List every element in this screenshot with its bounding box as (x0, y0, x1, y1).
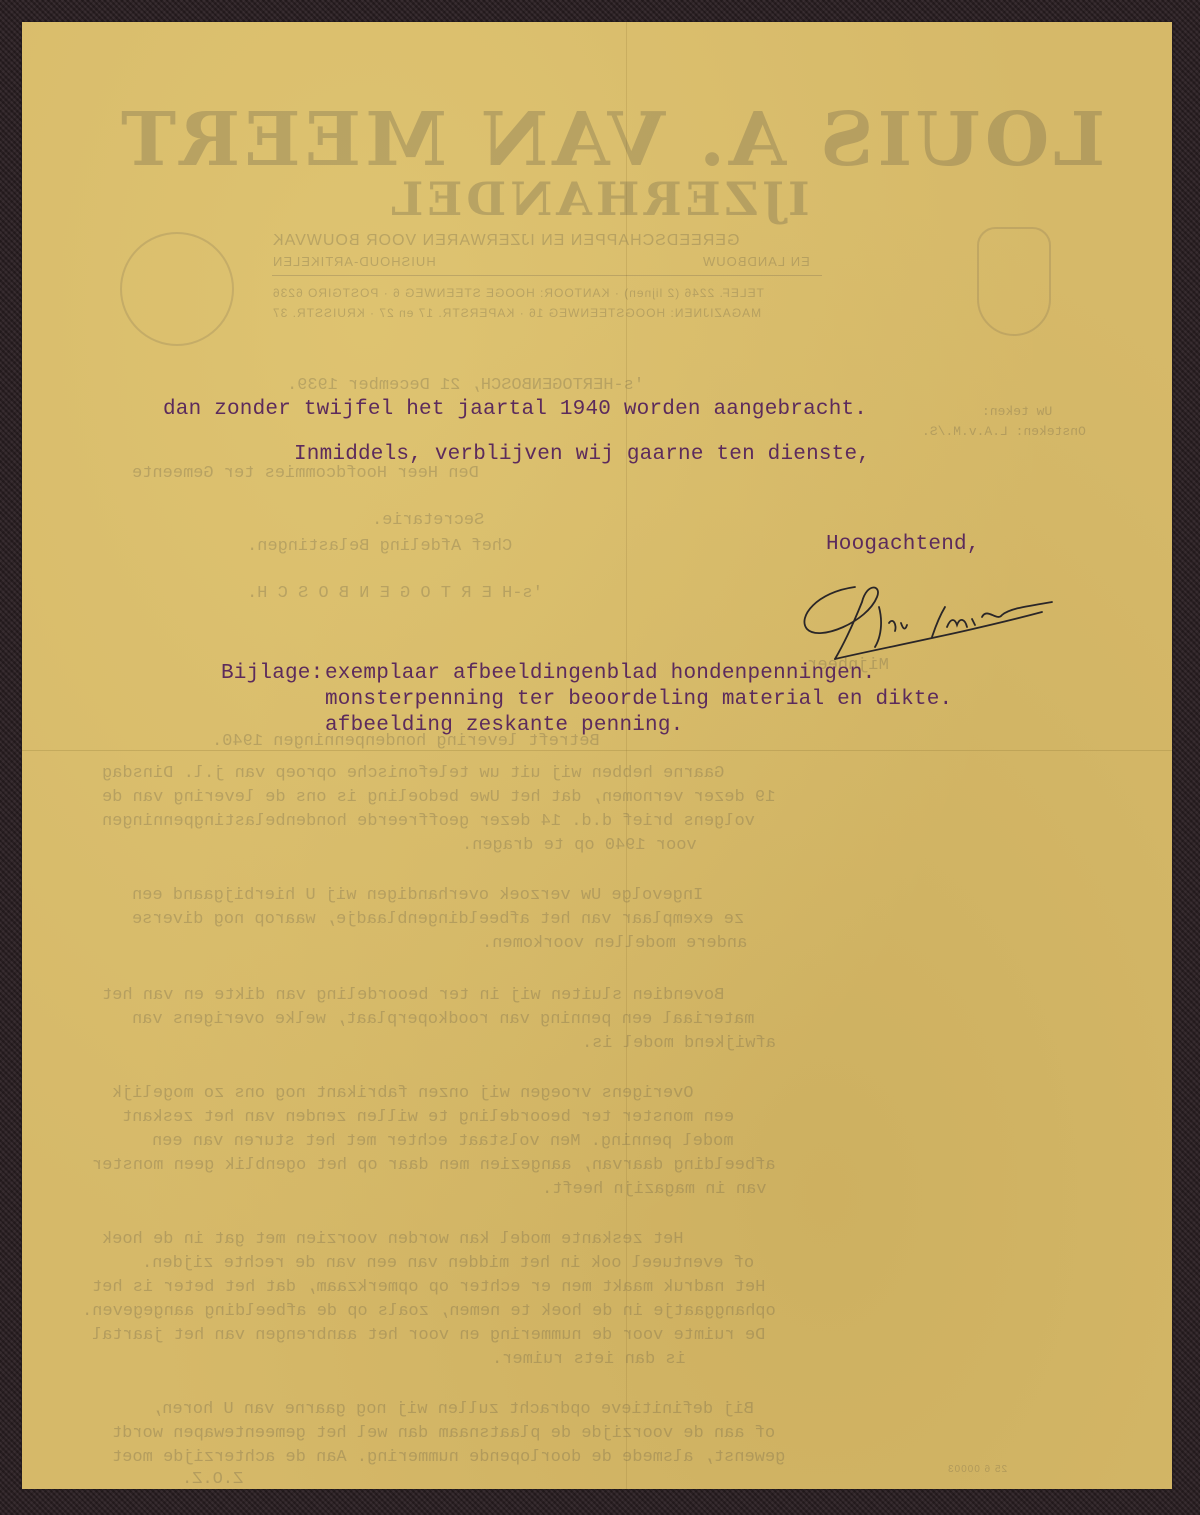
signature-icon (797, 567, 1067, 667)
ghost-para1-l2: 19 dezer vernomen, dat het Uwe bedoeling… (102, 786, 775, 809)
body-continuation-line: dan zonder twijfel het jaartal 1940 word… (163, 398, 867, 421)
enclosure-item-2: monsterpenning ter beoordeling material … (325, 688, 952, 711)
ghost-crest-icon (977, 227, 1051, 336)
ghost-para2-l2: ze exemplaar van het afbeeldingenblaadje… (132, 908, 744, 931)
ghost-para1-l4: voor 1940 op te dragen. (462, 834, 697, 857)
ghost-zoz: Z.O.Z. (182, 1468, 243, 1491)
ghost-para2-l3: andere modellen voorkomen. (482, 932, 747, 955)
closing-line: Inmiddels, verblijven wij gaarne ten die… (294, 443, 870, 466)
ghost-addressee-3: Chef Afdeling Belastingen. (247, 535, 512, 558)
enclosure-label: Bijlage: (221, 662, 323, 685)
ghost-date: 's-HERTOGENBOSCH, 21 December 1939. (287, 374, 644, 397)
ghost-para4-l5: van in magazijn heeft. (542, 1178, 766, 1201)
ghost-para1-l1: Gaarne hebben wij uit uw telefonische op… (102, 762, 724, 785)
ghost-para5-l3: Het nadruk maakt men er echter op opmerk… (92, 1276, 765, 1299)
letter-paper: LOUIS A. VAN MEERT IJZERHANDEL GEREEDSCH… (22, 22, 1172, 1489)
ghost-letterhead-name: LOUIS A. VAN MEERT (117, 97, 1105, 183)
ghost-ons-teken: Onsteken: L.A.v.M./S. (922, 420, 1086, 443)
ghost-para4-l1: Overigens vroegen wij onzen fabrikant no… (112, 1082, 694, 1105)
ghost-emblem-icon (120, 232, 234, 346)
ghost-para6-l2: of aan de voorzijde de plaatsnaam dan we… (112, 1422, 775, 1445)
ghost-letterhead-line3: TELEF. 2246 (2 lijnen) · KANTOOR: HOOGE … (272, 286, 764, 300)
ghost-footer-code: 25 6 00003 (947, 1464, 1007, 1475)
ghost-para3-l1: Bovendien sluiten wij in ter beoordeling… (102, 984, 724, 1007)
ghost-para2-l1: Ingevolge Uw verzoek overhandigen wij U … (132, 884, 703, 907)
ghost-addressee-4: 's-H E R T O G E N B O S C H. (247, 582, 543, 605)
ghost-para1-l3: volgens brief d.d. 14 dezer geoffreerde … (102, 810, 755, 833)
ghost-para5-l6: is dan iets ruimer. (492, 1348, 686, 1371)
enclosure-item-3: afbeelding zeskante penning. (325, 714, 683, 737)
ghost-letterhead-line4: MAGAZIJNEN: HOOGSTEENWEG 16 · KAPERSTR. … (272, 306, 761, 320)
ghost-para5-l5: De ruimte voor de nummering en voor het … (92, 1324, 765, 1347)
ghost-letterhead-rule (272, 275, 822, 276)
ghost-para3-l2: materiaal een penning van roodkoperplaat… (132, 1008, 754, 1031)
ghost-letterhead-line2-left: EN LANDBOUW (702, 254, 810, 269)
ghost-para5-l1: Het zeskante model kan worden voorzien m… (102, 1228, 684, 1251)
ghost-para5-l2: of eventueel ook in het midden van een v… (142, 1252, 754, 1275)
ghost-letterhead-line2-right: HUISHOUD-ARTIKELEN (272, 254, 436, 269)
ghost-para4-l4: afbeelding daarvan, aangezien men daar o… (92, 1154, 776, 1177)
ghost-para6-l3: gewenst, alsmede de doorlopende nummerin… (112, 1446, 785, 1469)
ghost-letterhead-line1: GEREEDSCHAPPEN EN IJZERWAREN VOOR BOUWVA… (272, 232, 739, 250)
ghost-para4-l2: een monster ter beoordeling te willen ze… (122, 1106, 734, 1129)
ghost-letterhead-business: IJZERHANDEL (387, 172, 810, 226)
enclosure-item-1: exemplaar afbeeldingenblad hondenpenning… (325, 662, 876, 685)
ghost-para4-l3: model penning. Men volstaat echter met h… (152, 1130, 734, 1153)
ghost-para3-l3: afwijkend model is. (582, 1032, 776, 1055)
ghost-para6-l1: Bij definitieve opdracht zullen wij nog … (152, 1398, 754, 1421)
ghost-addressee-2: Secretarie. (372, 509, 484, 532)
salutation: Hoogachtend, (826, 533, 980, 556)
ghost-para5-l4: ophanggaatje in de hoek te nemen, zoals … (82, 1300, 776, 1323)
